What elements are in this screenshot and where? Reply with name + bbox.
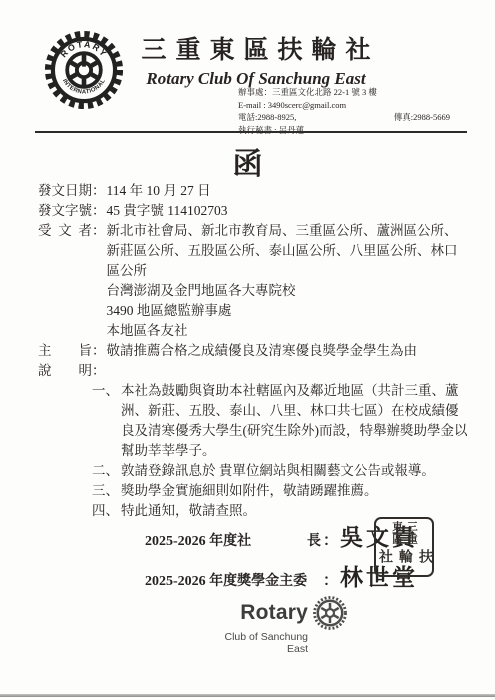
- item-number: 三、: [92, 481, 119, 501]
- document-type-title: 函: [0, 139, 495, 183]
- president-role: 長: [307, 530, 321, 550]
- issue-date-row: 發文日期： 114 年 10 月 27 日: [38, 181, 468, 201]
- doc-number-label: 發文字號: [38, 201, 92, 221]
- recipient-label: 受文者: [38, 221, 92, 241]
- explanation-label: 說明: [38, 361, 92, 381]
- item-number: 二、: [92, 461, 119, 481]
- item-number: 四、: [92, 501, 119, 521]
- scanner-edge-artifact: [0, 694, 495, 697]
- club-subline-1: Club of Sanchung: [195, 631, 308, 643]
- explanation-item-1: 一、 本社為鼓勵與資助本社轄區內及鄰近地區（共計三重、蘆洲、新莊、五股、泰山、八…: [92, 381, 468, 461]
- contact-block: 辦事處：三重區文化北路 22-1 號 3 樓 E-mail : 3490scer…: [238, 86, 460, 136]
- explanation-row: 說明：: [38, 361, 468, 381]
- recipient-line: 台灣澎湖及金門地區各大專院校: [107, 281, 469, 301]
- subject-label: 主旨: [38, 341, 92, 361]
- item-text: 獎助學金實施細則如附件，敬請踴躍推薦。: [121, 483, 378, 498]
- org-name-zh: 三重東區扶輪社: [128, 30, 384, 66]
- letter-body: 發文日期： 114 年 10 月 27 日 發文字號： 45 貴字號 11410…: [38, 181, 468, 521]
- item-text: 特此通知，敬請查照。: [121, 503, 256, 518]
- item-text: 敦請登錄訊息於 貴單位網站與相關藝文公告或報導。: [121, 463, 435, 478]
- issue-date-label: 發文日期: [38, 181, 92, 201]
- office-address: 辦事處：三重區文化北路 22-1 號 3 樓: [238, 86, 460, 99]
- fax-number: 傳真:2988-5669: [394, 111, 450, 124]
- doc-number-value: 45 貴字號 114102703: [107, 201, 469, 221]
- wheel-keyway: [82, 60, 86, 67]
- scanned-letter-page: ROTARY INTERNATIONAL 三重東區扶輪社 Rotary Club…: [0, 0, 495, 700]
- subject-row: 主旨： 敬請推薦合格之成績優良及清寒優良獎學金學生為由: [38, 341, 468, 361]
- club-seal-stamp: 三重東區 扶輪社: [374, 517, 434, 577]
- recipient-list: 新北市社會局、新北市教育局、三重區公所、蘆洲區公所、新莊區公所、五股區公所、泰山…: [107, 221, 469, 341]
- recipient-line: 本地區各友社: [107, 321, 469, 341]
- issue-date-value: 114 年 10 月 27 日: [107, 181, 469, 201]
- rotary-club-footer-logo: Rotary Club of Sanchung East: [195, 595, 365, 655]
- doc-number-row: 發文字號： 45 貴字號 114102703: [38, 201, 468, 221]
- rotary-international-logo: ROTARY INTERNATIONAL: [42, 26, 126, 114]
- recipient-row: 受文者： 新北市社會局、新北市教育局、三重區公所、蘆洲區公所、新莊區公所、五股區…: [38, 221, 468, 341]
- phone-fax-row: 電話:2988-8925, 傳真:2988-5669: [238, 111, 450, 124]
- president-term: 2025-2026 年度社: [145, 530, 251, 550]
- item-number: 一、: [92, 381, 119, 401]
- phone-number: 電話:2988-8925,: [238, 111, 296, 124]
- seal-text-left: 扶輪社: [374, 549, 434, 573]
- chair-term: 2025-2026 年度獎學金主委: [145, 570, 307, 590]
- explanation-item-3: 三、 獎助學金實施細則如附件，敬請踴躍推薦。: [92, 481, 468, 501]
- explanation-item-2: 二、 敦請登錄訊息於 貴單位網站與相關藝文公告或報導。: [92, 461, 468, 481]
- recipient-line: 新北市社會局、新北市教育局、三重區公所、蘆洲區公所、新莊區公所、五股區公所、泰山…: [107, 221, 469, 281]
- letterhead: 三重東區扶輪社 Rotary Club Of Sanchung East: [128, 30, 384, 89]
- secretary-line: 執行秘書 : 呂丹蓮: [238, 124, 460, 137]
- item-text: 本社為鼓勵與資助本社轄區內及鄰近地區（共計三重、蘆洲、新莊、五股、泰山、八里、林…: [121, 383, 468, 458]
- rotary-wheel-icon: [312, 595, 348, 631]
- header-divider: [35, 131, 467, 133]
- recipient-line: 3490 地區總監辦事處: [107, 301, 469, 321]
- rotary-wordmark: Rotary: [195, 601, 308, 625]
- seal-text-right: 三重東區: [389, 521, 419, 547]
- subject-value: 敬請推薦合格之成績優良及清寒優良獎學金學生為由: [107, 341, 469, 361]
- explanation-items: 一、 本社為鼓勵與資助本社轄區內及鄰近地區（共計三重、蘆洲、新莊、五股、泰山、八…: [92, 381, 468, 521]
- email-line: E-mail : 3490scerc@gmail.com: [238, 99, 460, 112]
- club-subline-2: East: [195, 643, 308, 655]
